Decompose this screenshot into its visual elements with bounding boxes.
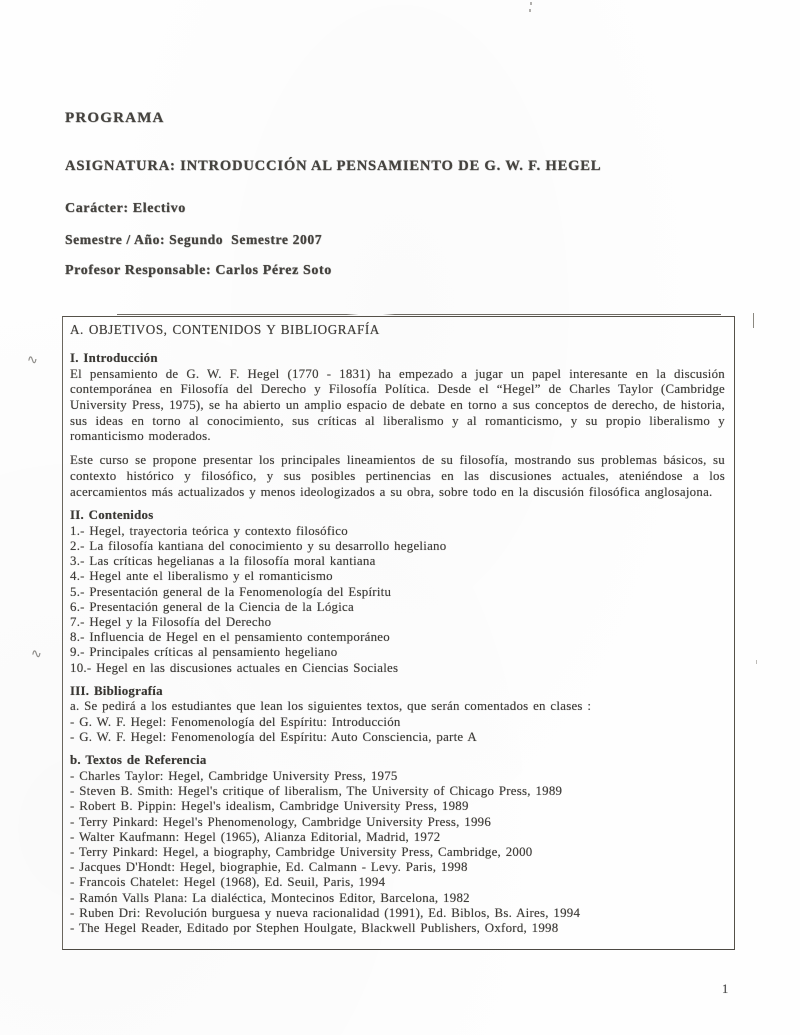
required-texts-list: - G. W. F. Hegel: Fenomenología del Espí… <box>70 715 725 745</box>
reference-texts-list: - Charles Taylor: Hegel, Cambridge Unive… <box>70 769 725 936</box>
character-line: Carácter: Electivo <box>65 201 186 217</box>
scan-edge-mark <box>753 313 754 328</box>
program-title: PROGRAMA <box>65 110 165 127</box>
reference-text-item: - Walter Kaufmann: Hegel (1965), Alianza… <box>70 830 725 845</box>
scan-edge-mark <box>756 660 757 664</box>
objectives-contents-bibliography-box: A. OBJETIVOS, CONTENIDOS Y BIBLIOGRAFÍA … <box>62 316 735 950</box>
reference-text-item: - Terry Pinkard: Hegel, a biography, Cam… <box>70 845 725 860</box>
scan-speck <box>530 2 532 5</box>
contents-list-item: 2.- La filosofía kantiana del conocimien… <box>70 539 725 554</box>
contents-list-item: 10.- Hegel en las discusiones actuales e… <box>70 661 725 676</box>
professor-line: Profesor Responsable: Carlos Pérez Soto <box>65 263 332 279</box>
reference-text-item: - Steven B. Smith: Hegel's critique of l… <box>70 784 725 799</box>
section-header: A. OBJETIVOS, CONTENIDOS Y BIBLIOGRAFÍA <box>70 322 725 338</box>
contents-heading: II. Contenidos <box>70 508 725 524</box>
bibliography-note: a. Se pedirá a los estudiantes que lean … <box>70 699 725 715</box>
handwritten-margin-mark: ∿ <box>26 352 36 369</box>
contents-list-item: 3.- Las críticas hegelianas a la filosof… <box>70 554 725 569</box>
reference-text-item: - Ramón Valls Plana: La dialéctica, Mont… <box>70 891 725 906</box>
reference-text-item: - Robert B. Pippin: Hegel's idealism, Ca… <box>70 799 725 814</box>
contents-list-item: 8.- Influencia de Hegel en el pensamient… <box>70 630 725 645</box>
required-text-item: - G. W. F. Hegel: Fenomenología del Espí… <box>70 715 725 730</box>
reference-text-item: - Jacques D'Hondt: Hegel, biographie, Ed… <box>70 860 725 875</box>
introduction-heading: I. Introducción <box>70 351 725 367</box>
reference-texts-heading: b. Textos de Referencia <box>70 753 725 769</box>
reference-text-item: - Terry Pinkard: Hegel's Phenomenology, … <box>70 815 725 830</box>
contents-list-item: 1.- Hegel, trayectoria teórica y context… <box>70 524 725 539</box>
page-number: 1 <box>722 982 728 997</box>
semester-line: Semestre / Año: Segundo Semestre 2007 <box>65 232 322 248</box>
scan-speck <box>529 9 531 12</box>
required-text-item: - G. W. F. Hegel: Fenomenología del Espí… <box>70 730 725 745</box>
subject-line: ASIGNATURA: INTRODUCCIÓN AL PENSAMIENTO … <box>65 158 601 175</box>
bibliography-heading: III. Bibliografía <box>70 684 725 700</box>
reference-text-item: - The Hegel Reader, Editado por Stephen … <box>70 921 725 936</box>
handwritten-margin-mark: ∿ <box>30 646 40 663</box>
contents-list-item: 5.- Presentación general de la Fenomenol… <box>70 585 725 600</box>
reference-text-item: - Ruben Dri: Revolución burguesa y nueva… <box>70 906 725 921</box>
contents-list-item: 9.- Principales críticas al pensamiento … <box>70 645 725 660</box>
contents-list-item: 4.- Hegel ante el liberalismo y el roman… <box>70 569 725 584</box>
scanned-document-page: PROGRAMA ASIGNATURA: INTRODUCCIÓN AL PEN… <box>0 0 800 1035</box>
introduction-paragraph-2: Este curso se propone presentar los prin… <box>70 453 725 500</box>
reference-text-item: - Charles Taylor: Hegel, Cambridge Unive… <box>70 769 725 784</box>
reference-text-item: - Francois Chatelet: Hegel (1968), Ed. S… <box>70 875 725 890</box>
contents-list: 1.- Hegel, trayectoria teórica y context… <box>70 524 725 676</box>
contents-list-item: 7.- Hegel y la Filosofía del Derecho <box>70 615 725 630</box>
introduction-paragraph-1: El pensamiento de G. W. F. Hegel (1770 -… <box>70 367 725 446</box>
contents-list-item: 6.- Presentación general de la Ciencia d… <box>70 600 725 615</box>
